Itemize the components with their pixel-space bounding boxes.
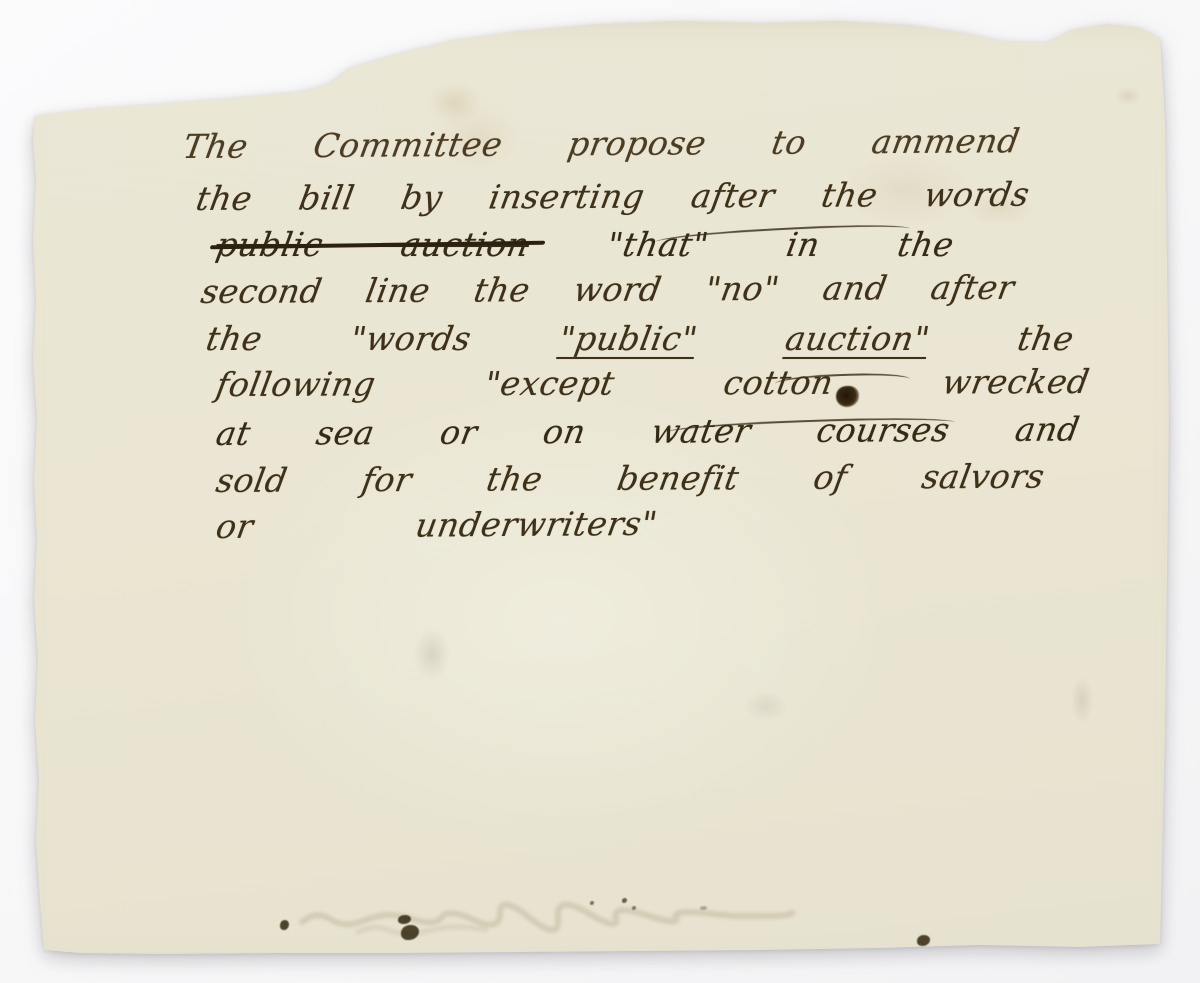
- manuscript-line-2: the bill by inserting after the words: [193, 174, 1033, 220]
- manuscript-line-4: second line the word "no" and after: [198, 267, 1018, 313]
- line-6-text: following "except cotton wrecked: [213, 362, 1092, 404]
- manuscript-line-9: or underwriters": [213, 503, 661, 547]
- ink-speck: [280, 920, 289, 930]
- ink-blot: [836, 386, 859, 407]
- line-5-text-pre: the "words: [203, 319, 474, 358]
- manuscript-paper: The Committee propose to ammend the bill…: [0, 0, 1200, 983]
- line-7-text: at sea or on water courses and: [213, 409, 1082, 453]
- torn-paper-sheet: The Committee propose to ammend the bill…: [0, 0, 1200, 983]
- struck-out-words: public auction: [213, 225, 532, 264]
- line-4-text: second line the word "no" and after: [198, 268, 1017, 311]
- ink-speck: [917, 935, 930, 946]
- line-8-text: sold for the benefit of salvors: [213, 457, 1047, 500]
- underlined-word-auction: auction": [782, 319, 932, 358]
- ghost-text-bleedthrough: [298, 896, 918, 942]
- manuscript-line-1: The Committee propose to ammend: [180, 120, 1023, 167]
- line-5-text-post: the: [1015, 319, 1077, 358]
- line-2-text: the bill by inserting after the words: [193, 175, 1032, 218]
- manuscript-line-5: the "words "public" auction" the: [203, 318, 1077, 359]
- underlined-word-public: "public": [556, 319, 700, 358]
- scan-background: The Committee propose to ammend the bill…: [0, 0, 1200, 983]
- line-1-text: The Committee propose to ammend: [180, 121, 1023, 166]
- line-9-text: or underwriters": [213, 504, 660, 546]
- manuscript-line-7: at sea or on water courses and: [213, 408, 1083, 454]
- manuscript-line-8: sold for the benefit of salvors: [213, 456, 1048, 502]
- manuscript-line-6: following "except cotton wrecked: [213, 361, 1093, 405]
